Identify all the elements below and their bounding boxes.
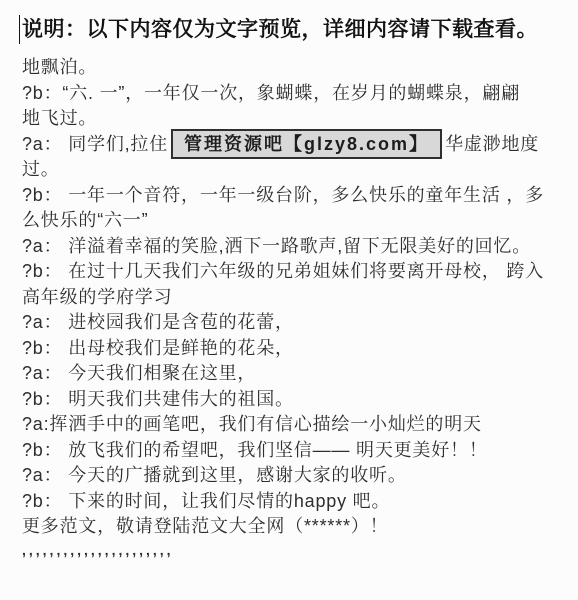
text-line: 高年级的学府学习	[22, 285, 568, 311]
text-line: ?b： 在过十几天我们六年级的兄弟姐妹们将要离开母校， 跨入	[22, 259, 568, 285]
document-preview-page: { "page": { "background": "#fcfcfc", "te…	[0, 0, 578, 600]
watermark-text: 管理资源吧【glzy8.com】	[184, 134, 429, 154]
text-line: 更多范文，敬请登陆范文大全网（******）！	[22, 514, 568, 540]
text-line: ?a： 进校园我们是含苞的花蕾，	[22, 310, 568, 336]
text-line: ?b： 下来的时间，让我们尽情的happy 吧。	[22, 489, 568, 515]
watermark-line-after: 华虚渺地度	[445, 132, 539, 158]
preview-notice: 说明：以下内容仅为文字预览，详细内容请下载查看。	[22, 16, 568, 43]
text-line: 么快乐的“六一”	[22, 208, 568, 234]
watermark-line-before: ?a： 同学们,拉住	[22, 132, 168, 158]
preview-notice-text: 说明：以下内容仅为文字预览，详细内容请下载查看。	[22, 18, 538, 41]
text-line: ?a： 今天我们相聚在这里，	[22, 361, 568, 387]
text-line: ?a:挥洒手中的画笔吧，我们有信心描绘一小灿烂的明天	[22, 412, 568, 438]
text-line: ?b： 明天我们共建伟大的祖国。	[22, 387, 568, 413]
text-line: ?b： 放飞我们的希望吧，我们坚信—— 明天更美好！！	[22, 438, 568, 464]
page-container: 说明：以下内容仅为文字预览，详细内容请下载查看。 地飘泊。 ?b：“六. 一”，…	[0, 0, 578, 565]
footer-dots-line: ,,,,,,,,,,,,,,,,,,,,,,	[22, 540, 568, 566]
text-line: 地飘泊。	[22, 55, 568, 81]
text-line: 过。	[22, 157, 568, 183]
text-line: ?b： 一年一个音符，一年一级台阶，多么快乐的童年生活 ，多	[22, 183, 568, 209]
text-line-with-watermark: ?a： 同学们,拉住 管理资源吧【glzy8.com】 华虚渺地度	[22, 132, 568, 158]
text-line: ?a： 洋溢着幸福的笑脸,洒下一路歌声,留下无限美好的回忆。	[22, 234, 568, 260]
watermark-badge: 管理资源吧【glzy8.com】	[171, 129, 442, 159]
text-line: ?b： 出母校我们是鲜艳的花朵，	[22, 336, 568, 362]
document-body: 地飘泊。 ?b：“六. 一”，一年仅一次，象蝴蝶，在岁月的蝴蝶泉，翩翩 地飞过。…	[22, 55, 568, 565]
text-line: ?a： 今天的广播就到这里，感谢大家的收听。	[22, 463, 568, 489]
text-line: ?b：“六. 一”，一年仅一次，象蝴蝶，在岁月的蝴蝶泉，翩翩	[22, 81, 568, 107]
text-cursor	[19, 15, 20, 44]
text-line: 地飞过。	[22, 106, 568, 132]
